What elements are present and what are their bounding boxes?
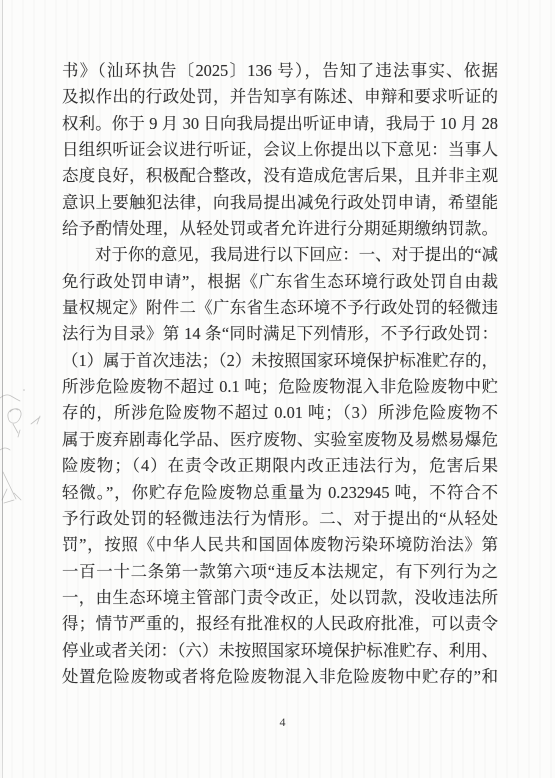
document-body: 书》（汕环执告〔2025〕136 号），告知了违法事实、依据 及拟作出的行政处罚…	[62, 58, 498, 690]
text-line: 及拟作出的行政处罚，并告知享有陈述、申辩和要求听证的	[62, 84, 498, 110]
smudge-tilde	[0, 448, 10, 450]
smudge-slash	[2, 472, 21, 503]
pencil-smudge-marks	[0, 372, 60, 522]
page-number: 4	[5, 715, 555, 730]
text-line: 权利。你于 9 月 30 日向我局提出听证申请，我局于 10 月 28	[62, 111, 498, 137]
text-line: 日组织听证会议进行听证，会议上你提出以下意见：当事人	[62, 137, 498, 163]
text-line: 属于废弃剧毒化学品、医疗废物、实验室废物及易燃易爆危	[62, 427, 498, 453]
text-line: 险废物；（4）在责令改正期限内改正违法行为，危害后果	[62, 453, 498, 479]
text-line: 得；情节严重的，报经有批准权的人民政府批准，可以责令	[62, 611, 498, 637]
text-line: 存的，所涉危险废物不超过 0.01 吨；（3）所涉危险废物不	[62, 400, 498, 426]
text-line: 量权规定》附件二《广东省生态环境不予行政处罚的轻微违	[62, 295, 498, 321]
text-line: 轻微。”，你贮存危险废物总重量为 0.232945 吨，不符合不	[62, 480, 498, 506]
text-line: 法行为目录》第 14 条“同时满足下列情形，不予行政处罚：	[62, 321, 498, 347]
text-line: 一，由生态环境主管部门责令改正，处以罚款，没收违法所	[62, 585, 498, 611]
text-line: 罚”，按照《中华人民共和国固体废物污染环境防治法》第	[62, 532, 498, 558]
text-line: 书》（汕环执告〔2025〕136 号），告知了违法事实、依据	[62, 58, 498, 84]
text-line: 给予酌情处理，从轻处罚或者允许进行分期延期缴纳罚款。	[62, 216, 498, 242]
scanned-document-page: 书》（汕环执告〔2025〕136 号），告知了违法事实、依据 及拟作出的行政处罚…	[0, 0, 555, 778]
text-line: 免行政处罚申请”，根据《广东省生态环境行政处罚自由裁	[62, 269, 498, 295]
text-line: 意识上要触犯法律，向我局提出减免行政处罚申请，希望能	[62, 190, 498, 216]
smudge-dot	[23, 389, 25, 391]
smudge-scribble	[8, 409, 21, 423]
smudge-ticks	[31, 416, 40, 424]
text-line: 所涉危险废物不超过 0.1 吨；危险废物混入非危险废物中贮	[62, 374, 498, 400]
text-line: 态度良好，积极配合整改，没有造成危害后果，且并非主观	[62, 163, 498, 189]
text-line: 处置危险废物或者将危险废物混入非危险废物中贮存的”和	[62, 664, 498, 690]
text-line: （1）属于首次违法；（2）未按照国家环境保护标准贮存的，	[62, 348, 498, 374]
text-line: 对于你的意见，我局进行以下回应：一、对于提出的“减	[62, 242, 498, 268]
text-line: 一百一十二条第一款第六项“违反本法规定，有下列行为之	[62, 559, 498, 585]
smudge-marks	[13, 424, 20, 437]
smudge-squiggle	[0, 395, 20, 401]
text-line: 予行政处罚的轻微违法行为情形。二、对于提出的“从轻处	[62, 506, 498, 532]
text-line: 停业或者关闭：（六）未按照国家环境保护标准贮存、利用、	[62, 638, 498, 664]
